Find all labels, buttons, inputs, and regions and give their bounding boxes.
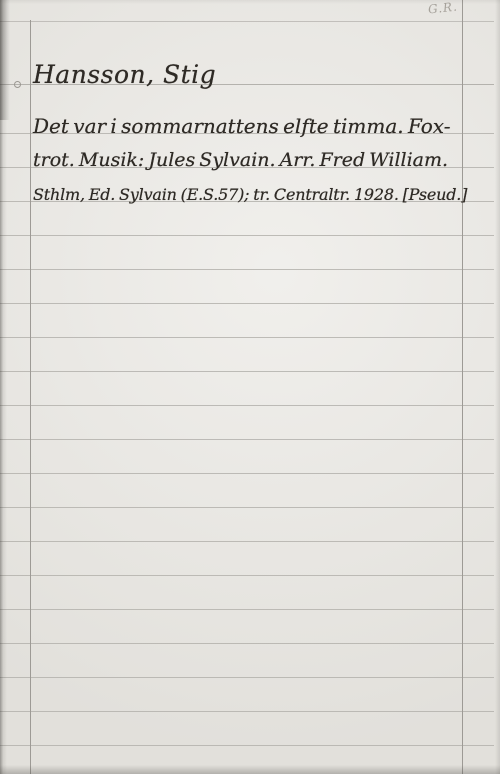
top-rule-line [0,21,494,22]
card-body-line: trot. Musik: Jules Sylvain. Arr. Fred Wi… [33,151,448,170]
left-margin-line [30,20,31,774]
card-body-line: Sthlm, Ed. Sylvain (E.S.57); tr. Central… [33,187,467,203]
scan-edge-right [495,0,500,774]
card-heading: Hansson, Stig [33,62,216,87]
ring-mark [14,81,21,88]
scan-edge-left-top [0,0,10,120]
right-margin-line [462,0,463,774]
card-body-line: Det var i sommarnattens elfte timma. Fox… [33,116,450,136]
scan-edge-bottom [0,765,500,774]
scan-edge-top [0,0,500,4]
catalog-card: G.R. Hansson, Stig Det var i sommarnatte… [0,0,500,774]
